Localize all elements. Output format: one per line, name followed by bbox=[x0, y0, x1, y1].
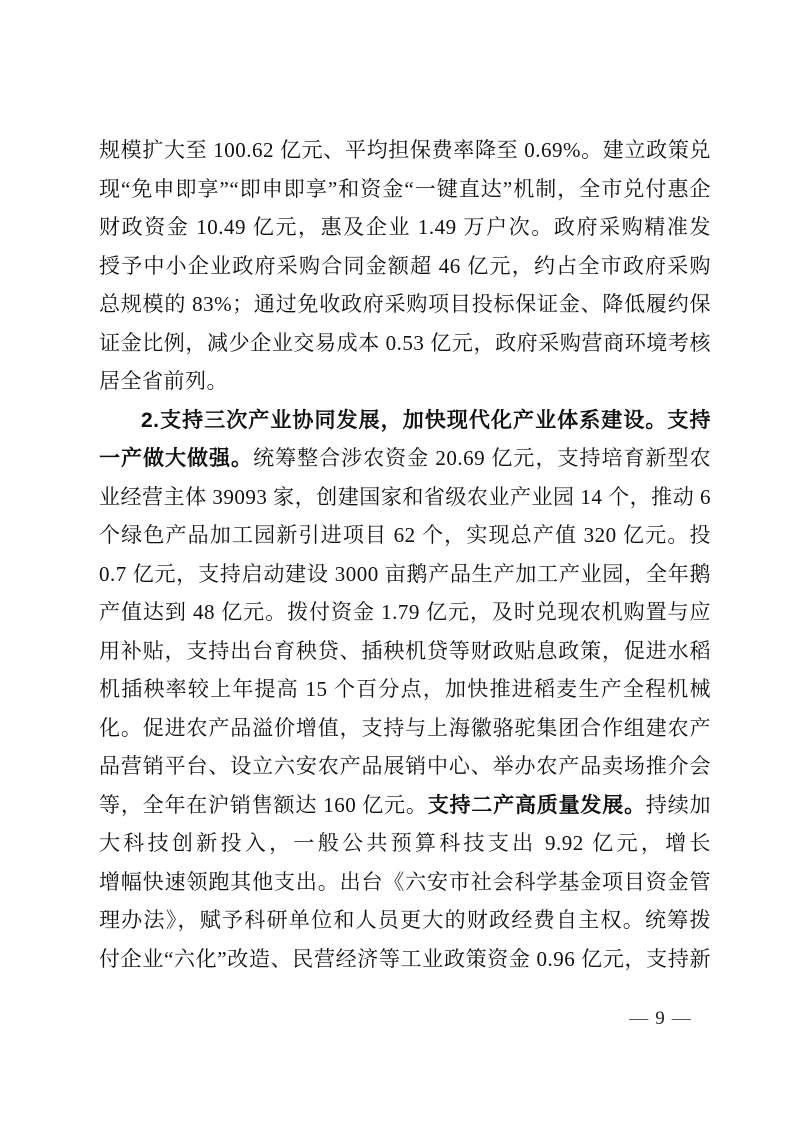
text-line: 大科技创新投入，一般公共预算科技支出 9.92 亿元，增长 61.84%， bbox=[99, 824, 711, 863]
text-run: 大科技创新投入，一般公共预算科技支出 9.92 亿元，增长 61.84%， bbox=[99, 831, 711, 863]
text-run: 用补贴，支持出台育秧贷、插秧机贷等财政贴息政策，促进水稻 bbox=[99, 639, 711, 663]
text-line: 品营销平台、设立六安农产品展销中心、举办农产品卖场推介会 bbox=[99, 747, 711, 786]
text-line: 授予中小企业政府采购合同金额超 46 亿元，约占全市政府采购 bbox=[99, 247, 711, 286]
text-line: 付企业“六化”改造、民营经济等工业政策资金 0.96 亿元，支持新 bbox=[99, 940, 711, 979]
text-line: 增幅快速领跑其他支出。出台《六安市社会科学基金项目资金管 bbox=[99, 863, 711, 902]
text-line: 总规模的 83%；通过免收政府采购项目投标保证金、降低履约保 bbox=[99, 285, 711, 324]
text-line: 0.7 亿元，支持启动建设 3000 亩鹅产品生产加工产业园，全年鹅 bbox=[99, 555, 711, 594]
text-run: 业经营主体 39093 家，创建国家和省级农业产业园 14 个，推动 6 bbox=[99, 485, 711, 509]
text-run: 付企业“六化”改造、民营经济等工业政策资金 0.96 亿元，支持新 bbox=[99, 947, 711, 971]
page-footer: — 9 — bbox=[622, 1008, 698, 1030]
text-run: 总规模的 83%；通过免收政府采购项目投标保证金、降低履约保 bbox=[99, 292, 711, 316]
text-line: 机插秧率较上年提高 15 个百分点，加快推进稻麦生产全程机械 bbox=[99, 670, 711, 709]
text-run: 持续加 bbox=[646, 793, 711, 817]
text-line: 财政资金 10.49 亿元，惠及企业 1.49 万户次。政府采购精准发力， bbox=[99, 208, 711, 247]
text-line: 居全省前列。 bbox=[99, 362, 711, 401]
text-run: 理办法》，赋予科研单位和人员更大的财政经费自主权。统筹拨 bbox=[99, 908, 711, 932]
text-line: 用补贴，支持出台育秧贷、插秧机贷等财政贴息政策，促进水稻 bbox=[99, 632, 711, 671]
text-run: 规模扩大至 100.62 亿元、平均担保费率降至 0.69%。建立政策兑 bbox=[99, 138, 711, 162]
text-line: 2.支持三次产业协同发展，加快现代化产业体系建设。支持 bbox=[99, 401, 711, 440]
text-line: 个绿色产品加工园新引进项目 62 个，实现总产值 320 亿元。投入 bbox=[99, 516, 711, 555]
bold-text-run: 一产做大做强。 bbox=[99, 447, 253, 470]
text-run: 机插秧率较上年提高 15 个百分点，加快推进稻麦生产全程机械 bbox=[99, 677, 711, 701]
page-number: 9 bbox=[655, 1008, 665, 1030]
text-run: 个绿色产品加工园新引进项目 62 个，实现总产值 320 亿元。投入 bbox=[99, 523, 711, 555]
bold-text-run: 2.支持三次产业协同发展，加快现代化产业体系建设。支持 bbox=[141, 409, 711, 432]
text-run: 证金比例，减少企业交易成本 0.53 亿元，政府采购营商环境考核 bbox=[99, 331, 711, 355]
text-run: 统筹整合涉农资金 20.69 亿元，支持培育新型农 bbox=[253, 446, 711, 470]
text-run: 化。促进农产品溢价增值，支持与上海徽骆驼集团合作组建农产 bbox=[99, 716, 711, 740]
text-line: 理办法》，赋予科研单位和人员更大的财政经费自主权。统筹拨 bbox=[99, 901, 711, 940]
bold-text-run: 支持二产高质量发展。 bbox=[428, 794, 646, 817]
text-run: 品营销平台、设立六安农产品展销中心、举办农产品卖场推介会 bbox=[99, 754, 711, 778]
text-run: 增幅快速领跑其他支出。出台《六安市社会科学基金项目资金管 bbox=[99, 870, 711, 894]
text-run: 产值达到 48 亿元。拨付资金 1.79 亿元，及时兑现农机购置与应 bbox=[99, 600, 711, 624]
text-line: 化。促进农产品溢价增值，支持与上海徽骆驼集团合作组建农产 bbox=[99, 709, 711, 748]
text-run: 现“免申即享”“即申即享”和资金“一键直达”机制，全市兑付惠企 bbox=[99, 177, 711, 201]
text-run: 居全省前列。 bbox=[99, 369, 228, 393]
footer-dash-right: — bbox=[672, 1008, 691, 1030]
footer-dash-left: — bbox=[629, 1008, 648, 1030]
text-line: 规模扩大至 100.62 亿元、平均担保费率降至 0.69%。建立政策兑 bbox=[99, 131, 711, 170]
text-line: 业经营主体 39093 家，创建国家和省级农业产业园 14 个，推动 6 bbox=[99, 478, 711, 517]
text-run: 等，全年在沪销售额达 160 亿元。 bbox=[99, 793, 428, 817]
text-run: 授予中小企业政府采购合同金额超 46 亿元，约占全市政府采购 bbox=[99, 254, 711, 278]
document-page: 规模扩大至 100.62 亿元、平均担保费率降至 0.69%。建立政策兑现“免申… bbox=[0, 0, 793, 1122]
text-line: 等，全年在沪销售额达 160 亿元。支持二产高质量发展。持续加 bbox=[99, 786, 711, 825]
text-line: 一产做大做强。统筹整合涉农资金 20.69 亿元，支持培育新型农 bbox=[99, 439, 711, 478]
text-line: 证金比例，减少企业交易成本 0.53 亿元，政府采购营商环境考核 bbox=[99, 324, 711, 363]
text-line: 产值达到 48 亿元。拨付资金 1.79 亿元，及时兑现农机购置与应 bbox=[99, 593, 711, 632]
text-line: 现“免申即享”“即申即享”和资金“一键直达”机制，全市兑付惠企 bbox=[99, 170, 711, 209]
document-body: 规模扩大至 100.62 亿元、平均担保费率降至 0.69%。建立政策兑现“免申… bbox=[99, 131, 711, 978]
text-run: 0.7 亿元，支持启动建设 3000 亩鹅产品生产加工产业园，全年鹅 bbox=[99, 562, 711, 586]
text-run: 财政资金 10.49 亿元，惠及企业 1.49 万户次。政府采购精准发力， bbox=[99, 215, 711, 247]
